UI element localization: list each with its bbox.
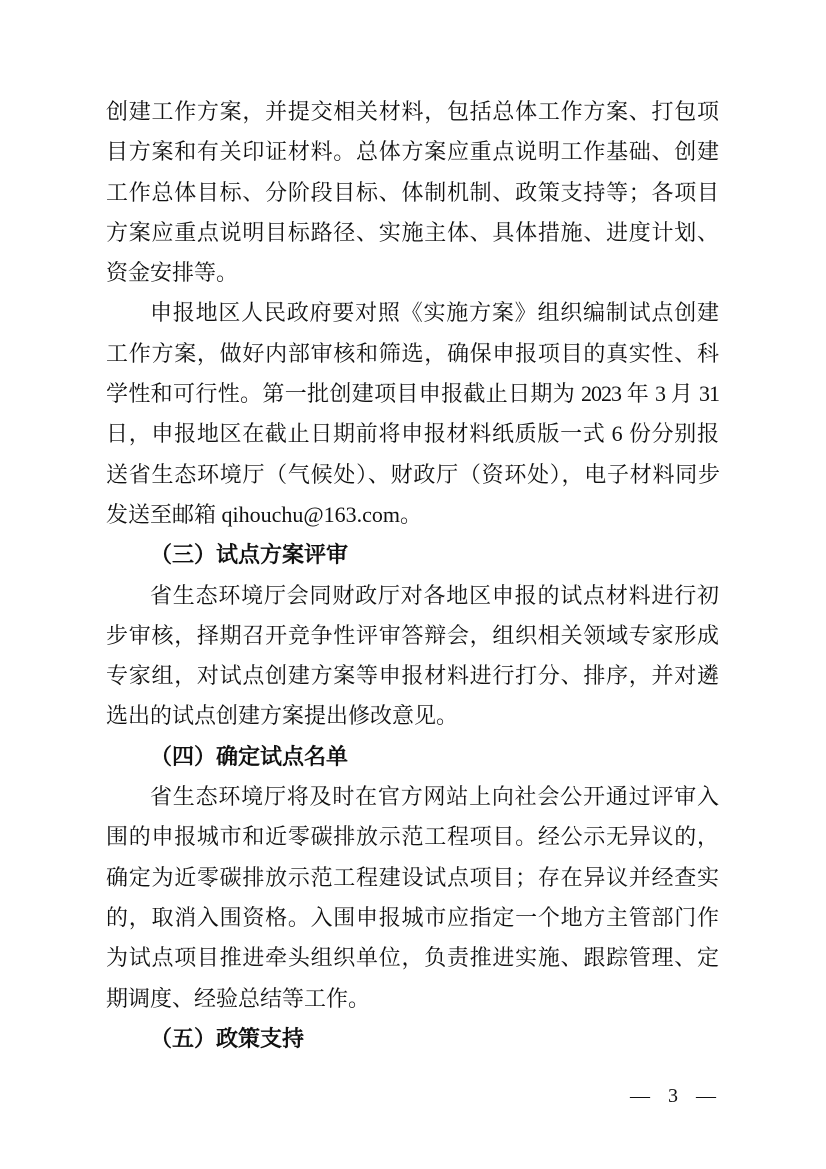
text-line: 资金安排等。	[106, 253, 719, 293]
text-line: 期调度、经验总结等工作。	[106, 979, 719, 1019]
section-heading-3: （三）试点方案评审	[106, 535, 719, 575]
paragraph-application-submission: 申报地区人民政府要对照《实施方案》组织编制试点创建 工作方案，做好内部审核和筛选…	[106, 293, 719, 535]
text-line: 省生态环境厅将及时在官方网站上向社会公开通过评审入	[106, 777, 719, 817]
text-line: 学性和可行性。第一批创建项目申报截止日期为 2023 年 3 月 31	[106, 374, 719, 414]
text-line: 专家组，对试点创建方案等申报材料进行打分、排序，并对遴	[106, 656, 719, 696]
page-number: — 3 —	[630, 1085, 750, 1107]
text-line: 步审核，择期召开竞争性评审答辩会，组织相关领域专家形成	[106, 616, 719, 656]
text-line: 创建工作方案，并提交相关材料，包括总体工作方案、打包项	[106, 92, 719, 132]
heading-policy-support: （五）政策支持	[106, 1019, 719, 1059]
text-line-with-email: 发送至邮箱 qihouchu@163.com。	[106, 495, 719, 535]
text-line: 日，申报地区在截止日期前将申报材料纸质版一式 6 份分别报	[106, 414, 719, 454]
paragraph-pilot-list: 省生态环境厅将及时在官方网站上向社会公开通过评审入 围的申报城市和近零碳排放示范…	[106, 777, 719, 1019]
text-line: 选出的试点创建方案提出修改意见。	[106, 696, 719, 736]
text-line: 申报地区人民政府要对照《实施方案》组织编制试点创建	[106, 293, 719, 333]
section-heading-4: （四）确定试点名单	[106, 737, 719, 777]
paragraph-continuation: 创建工作方案，并提交相关材料，包括总体工作方案、打包项 目方案和有关印证材料。总…	[106, 92, 719, 293]
section-heading-5: （五）政策支持	[106, 1019, 719, 1059]
text-line: 目方案和有关印证材料。总体方案应重点说明工作基础、创建	[106, 132, 719, 172]
text-line: 工作总体目标、分阶段目标、体制机制、政策支持等；各项目	[106, 173, 719, 213]
text-line: 为试点项目推进牵头组织单位，负责推进实施、跟踪管理、定	[106, 938, 719, 978]
text-line: 确定为近零碳排放示范工程建设试点项目；存在异议并经查实	[106, 858, 719, 898]
document-body: 创建工作方案，并提交相关材料，包括总体工作方案、打包项 目方案和有关印证材料。总…	[106, 92, 719, 1059]
text-line: 围的申报城市和近零碳排放示范工程项目。经公示无异议的，	[106, 817, 719, 857]
heading-pilot-plan-review: （三）试点方案评审	[106, 535, 719, 575]
text-line: 省生态环境厅会同财政厅对各地区申报的试点材料进行初	[106, 576, 719, 616]
text-line: 的，取消入围资格。入围申报城市应指定一个地方主管部门作	[106, 898, 719, 938]
heading-confirm-pilot-list: （四）确定试点名单	[106, 737, 719, 777]
paragraph-plan-review: 省生态环境厅会同财政厅对各地区申报的试点材料进行初 步审核，择期召开竞争性评审答…	[106, 576, 719, 737]
text-line: 工作方案，做好内部审核和筛选，确保申报项目的真实性、科	[106, 334, 719, 374]
text-line: 送省生态环境厅（气候处）、财政厅（资环处），电子材料同步	[106, 455, 719, 495]
text-line: 方案应重点说明目标路径、实施主体、具体措施、进度计划、	[106, 213, 719, 253]
